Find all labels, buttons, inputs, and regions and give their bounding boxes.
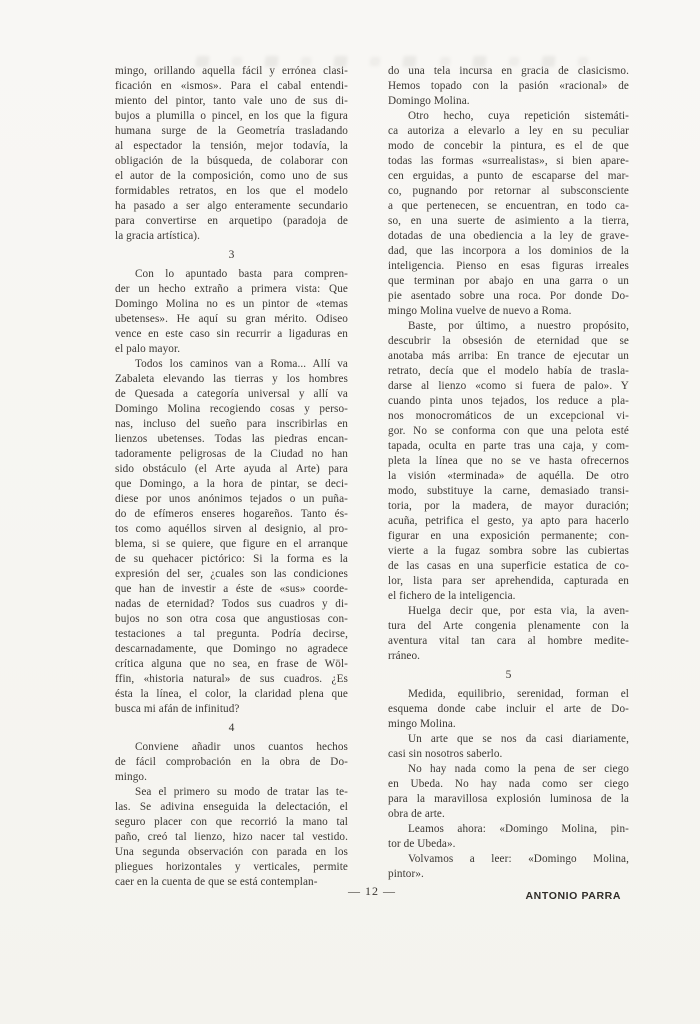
paragraph: Huelga decir que, por esta via, la aven-… (388, 604, 629, 664)
text-line: nadas de eternidad? Todos sus cuadros y … (115, 597, 348, 612)
text-line: Domingo Molina recogiendo cosas y perso- (115, 402, 348, 417)
text-line: crítica alguna que no sea, en frase de W… (115, 657, 348, 672)
text-line: tadoramente peligrosas de la Ciudad no h… (115, 447, 348, 462)
text-line: la visión «terminada» de aquélla. De otr… (388, 469, 629, 484)
paragraph: Otro hecho, cuya repetición sistemáti-ca… (388, 109, 629, 319)
left-text-column: mingo, orillando aquella fácil y errónea… (115, 64, 348, 890)
text-line: obra de arte. (388, 807, 629, 822)
text-line: de fácil comprobación en la obra de Do- (115, 755, 348, 770)
text-line: la gracia artística). (115, 229, 348, 244)
text-line: vence en este caso sin recurrir a ligadu… (115, 327, 348, 342)
text-line: inteligencia. Pienso en esas figuras irr… (388, 259, 629, 274)
paragraph: Conviene añadir unos cuantos hechosde fá… (115, 740, 348, 785)
text-line: co, pugnando por retornar al subsconscie… (388, 184, 629, 199)
text-line: blema, si se quiere, que figure en el ar… (115, 537, 348, 552)
text-line: pliegues horizontales y verticales, perm… (115, 860, 348, 875)
paragraph: Todos los caminos van a Roma... Allí vaZ… (115, 357, 348, 717)
text-line: las. Se adivina enseguida la delectación… (115, 800, 348, 815)
page-number: — 12 — (115, 884, 629, 899)
text-line: busca mi afán de infinitud? (115, 702, 348, 717)
text-line: ésta la línea, el color, la claridad ple… (115, 687, 348, 702)
text-line: cuando pinta unos tejados, los reduce a … (388, 394, 629, 409)
text-line: de su quehacer pictórico: Si la forma es… (115, 552, 348, 567)
text-line: Huelga decir que, por esta via, la aven- (388, 604, 629, 619)
text-line: ffin, «historia natural» de sus cuadros.… (115, 672, 348, 687)
text-line: rráneo. (388, 649, 629, 664)
text-line: bujos no son otra cosa que angustiosas c… (115, 612, 348, 627)
text-line: vierte a la fugaz sombra sobre las cubie… (388, 544, 629, 559)
text-line: Hemos topado con la pasión «racional» de (388, 79, 629, 94)
text-line: Zabaleta elevando las tierras y los homb… (115, 372, 348, 387)
text-line: Un arte que se nos da casi diariamente, (388, 732, 629, 747)
text-line: Volvamos a leer: «Domingo Molina, (388, 852, 629, 867)
text-line: lor, lista para ser aprehendida, captura… (388, 574, 629, 589)
text-line: toria, por la madera, de mayor duración; (388, 499, 629, 514)
text-line: ubetenses». He aquí su gran mérito. Odis… (115, 312, 348, 327)
text-line: do una tela incursa en gracia de clasici… (388, 64, 629, 79)
text-line: de Quesada a categoría universal y allí … (115, 387, 348, 402)
text-line: so, en una suerte de asimiento a la tier… (388, 214, 629, 229)
text-line: de las casas en una superficie estatica … (388, 559, 629, 574)
section-number: 4 (115, 721, 348, 736)
text-line: que terminan por abajo en una garra o un (388, 274, 629, 289)
text-line: testaciones a tal pregunta. Podría decir… (115, 627, 348, 642)
text-line: ficación en «ismos». Para el cabal enten… (115, 79, 348, 94)
text-line: anotaba más arriba: En trance de ejecuta… (388, 349, 629, 364)
paragraph: No hay nada como la pena de ser ciegoen … (388, 762, 629, 822)
text-line: mingo. (115, 770, 348, 785)
text-line: nas, incluso del sueño para inscribirlas… (115, 417, 348, 432)
text-line: en Ubeda. No hay nada como ser ciego (388, 777, 629, 792)
text-line: mingo Molina vuelve de nuevo a Roma. (388, 304, 629, 319)
text-line: que Domingo, a la hora de pintar, se dec… (115, 477, 348, 492)
text-line: darse al lienzo «como si fuera de palo».… (388, 379, 629, 394)
text-line: aventura vital tan cara al hombre medite… (388, 634, 629, 649)
paragraph: Baste, por último, a nuestro propósito,d… (388, 319, 629, 604)
text-line: Leamos ahora: «Domingo Molina, pin- (388, 822, 629, 837)
text-line: Una segunda observación con parada en lo… (115, 845, 348, 860)
text-line: der un hecho extraño a primera vista: Qu… (115, 282, 348, 297)
text-line: tor de Ubeda». (388, 837, 629, 852)
text-line: ha pasado a ser algo enteramente secunda… (115, 199, 348, 214)
text-line: obligación de la búsqueda, de colaborar … (115, 154, 348, 169)
text-line: Domingo Molina. (388, 94, 629, 109)
text-line: formidables retratos, en los que el mode… (115, 184, 348, 199)
text-line: retrato, decía que el modelo había de tr… (388, 364, 629, 379)
section-number: 5 (388, 668, 629, 683)
paragraph: Un arte que se nos da casi diariamente,c… (388, 732, 629, 762)
text-line: que han de investir a éste de «sus» coor… (115, 582, 348, 597)
text-line: modo de concebir la pintura, es el de qu… (388, 139, 629, 154)
text-line: sido obstáculo (el Arte ayuda al Arte) p… (115, 462, 348, 477)
text-line: lienzos ubetenses. Todas las piedras enc… (115, 432, 348, 447)
text-line: diese por unos anónimos tejados o un puñ… (115, 492, 348, 507)
text-line: tura del Arte congenia plenamente con la (388, 619, 629, 634)
text-line: tos como aquéllos sirven al designio, al… (115, 522, 348, 537)
text-line: expresión del ser, ¿cuales son las condi… (115, 567, 348, 582)
text-line: descubrir la obsesión de eternidad que s… (388, 334, 629, 349)
text-line: Conviene añadir unos cuantos hechos (115, 740, 348, 755)
paragraph: mingo, orillando aquella fácil y errónea… (115, 64, 348, 244)
text-line: el fichero de la inteligencia. (388, 589, 629, 604)
text-line: descarnadamente, que Domingo no agradece (115, 642, 348, 657)
text-line: pintor». (388, 867, 629, 882)
text-line: figurar en una exposición permanente; co… (388, 529, 629, 544)
text-line: Domingo Molina no es un pintor de «temas (115, 297, 348, 312)
paragraph: Leamos ahora: «Domingo Molina, pin-tor d… (388, 822, 629, 852)
text-line: modo, substituye la carne, demasiado tra… (388, 484, 629, 499)
text-line: ca autoriza a elevarlo a ley en su pecul… (388, 124, 629, 139)
text-line: para la maravillosa explosión luminosa d… (388, 792, 629, 807)
text-line: todas las formas «surrealistas», si bien… (388, 154, 629, 169)
text-line: Sea el primero su modo de tratar las te- (115, 785, 348, 800)
text-line: No hay nada como la pena de ser ciego (388, 762, 629, 777)
text-line: mingo Molina. (388, 717, 629, 732)
text-line: esquema donde cabe incluir el arte de Do… (388, 702, 629, 717)
text-line: a que pertenecen, se encuentran, en todo… (388, 199, 629, 214)
paragraph: Medida, equilibrio, serenidad, forman el… (388, 687, 629, 732)
text-line: al espectador la tensión, mejor todavía,… (115, 139, 348, 154)
text-line: pleta la línea que no se ve hasta ofrece… (388, 454, 629, 469)
text-line: humana surge de la Geometría trasladando (115, 124, 348, 139)
text-line: Todos los caminos van a Roma... Allí va (115, 357, 348, 372)
text-line: el palo mayor. (115, 342, 348, 357)
text-line: pie asentado sobre una roca. Por donde D… (388, 289, 629, 304)
scanned-document-page: mingo, orillando aquella fácil y errónea… (0, 0, 700, 1024)
text-line: el autor de la composición, como uno de … (115, 169, 348, 184)
paragraph: Sea el primero su modo de tratar las te-… (115, 785, 348, 890)
text-line: Medida, equilibrio, serenidad, forman el (388, 687, 629, 702)
right-text-column: do una tela incursa en gracia de clasici… (388, 64, 629, 904)
text-line: paño, creó tal lienzo, hizo nacer tal ve… (115, 830, 348, 845)
text-line: seguro placer con que recorrió la mano t… (115, 815, 348, 830)
text-line: acuña, petrifica el gesto, ya apto para … (388, 514, 629, 529)
text-line: Baste, por último, a nuestro propósito, (388, 319, 629, 334)
text-line: gor. No se conforma con que una pelota e… (388, 424, 629, 439)
text-line: do de efímeros enseres hogareños. Tanto … (115, 507, 348, 522)
paragraph: Con lo apuntado basta para compren-der u… (115, 267, 348, 357)
section-number: 3 (115, 248, 348, 263)
text-line: nos monocromáticos de un excepcional vi- (388, 409, 629, 424)
text-line: bujos a plumilla o pincel, en los que la… (115, 109, 348, 124)
text-line: dotadas de una obediencia a la ley de gr… (388, 229, 629, 244)
text-line: tapada, oculta en parte tras una caja, y… (388, 439, 629, 454)
text-line: para convertirse en arquetipo (paradoja … (115, 214, 348, 229)
text-line: miento del pintor, tanto vale uno de sus… (115, 94, 348, 109)
paragraph: do una tela incursa en gracia de clasici… (388, 64, 629, 109)
text-line: cen erguidas, a punto de escaparse del m… (388, 169, 629, 184)
text-line: dad, que las incorpora a los dominios de… (388, 244, 629, 259)
text-line: Otro hecho, cuya repetición sistemáti- (388, 109, 629, 124)
text-line: mingo, orillando aquella fácil y errónea… (115, 64, 348, 79)
text-line: Con lo apuntado basta para compren- (115, 267, 348, 282)
text-line: casi sin nosotros saberlo. (388, 747, 629, 762)
paragraph: Volvamos a leer: «Domingo Molina,pintor»… (388, 852, 629, 882)
